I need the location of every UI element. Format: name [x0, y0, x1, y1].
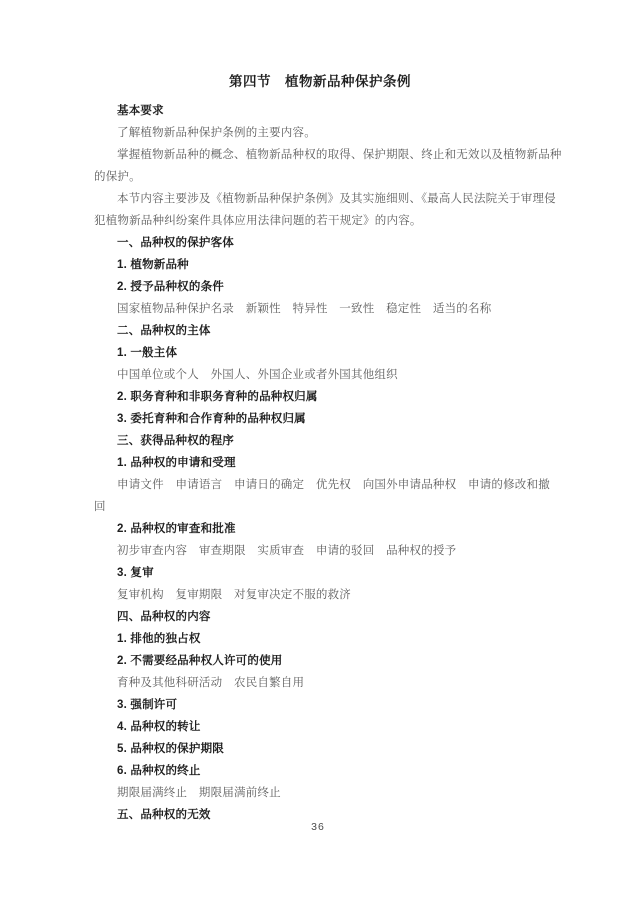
doc-line: 中国单位或个人 外国人、外国企业或者外国其他组织	[94, 364, 546, 386]
document-page: 第四节 植物新品种保护条例 基本要求了解植物新品种保护条例的主要内容。掌握植物新…	[0, 0, 636, 900]
doc-line: 4. 品种权的转让	[94, 716, 546, 738]
doc-line: 国家植物品种保护名录 新颖性 特异性 一致性 稳定性 适当的名称	[94, 298, 546, 320]
doc-line: 掌握植物新品种的概念、植物新品种权的取得、保护期限、终止和无效以及植物新品种	[94, 144, 546, 166]
doc-line: 的保护。	[94, 166, 546, 188]
doc-line: 犯植物新品种纠纷案件具体应用法律问题的若干规定》的内容。	[94, 210, 546, 232]
doc-line: 一、品种权的保护客体	[94, 232, 546, 254]
doc-line: 了解植物新品种保护条例的主要内容。	[94, 122, 546, 144]
doc-line: 6. 品种权的终止	[94, 760, 546, 782]
doc-line: 2. 授予品种权的条件	[94, 276, 546, 298]
doc-line: 1. 品种权的申请和受理	[94, 452, 546, 474]
doc-line: 二、品种权的主体	[94, 320, 546, 342]
doc-line: 三、获得品种权的程序	[94, 430, 546, 452]
doc-line: 3. 委托育种和合作育种的品种权归属	[94, 408, 546, 430]
doc-line: 2. 品种权的审查和批准	[94, 518, 546, 540]
doc-line: 3. 强制许可	[94, 694, 546, 716]
doc-line: 申请文件 申请语言 申请日的确定 优先权 向国外申请品种权 申请的修改和撤	[94, 474, 546, 496]
doc-line: 期限届满终止 期限届满前终止	[94, 782, 546, 804]
page-number: 36	[0, 821, 636, 833]
doc-line: 复审机构 复审期限 对复审决定不服的救济	[94, 584, 546, 606]
doc-line: 1. 植物新品种	[94, 254, 546, 276]
doc-line: 初步审查内容 审查期限 实质审查 申请的驳回 品种权的授予	[94, 540, 546, 562]
outline-lines: 基本要求了解植物新品种保护条例的主要内容。掌握植物新品种的概念、植物新品种权的取…	[94, 100, 546, 826]
doc-line: 5. 品种权的保护期限	[94, 738, 546, 760]
section-title: 第四节 植物新品种保护条例	[94, 71, 546, 93]
doc-line: 1. 一般主体	[94, 342, 546, 364]
doc-line: 基本要求	[94, 100, 546, 122]
document-content: 第四节 植物新品种保护条例 基本要求了解植物新品种保护条例的主要内容。掌握植物新…	[94, 71, 546, 826]
doc-line: 2. 不需要经品种权人许可的使用	[94, 650, 546, 672]
doc-line: 2. 职务育种和非职务育种的品种权归属	[94, 386, 546, 408]
doc-line: 育种及其他科研活动 农民自繁自用	[94, 672, 546, 694]
doc-line: 1. 排他的独占权	[94, 628, 546, 650]
doc-line: 四、品种权的内容	[94, 606, 546, 628]
doc-line: 本节内容主要涉及《植物新品种保护条例》及其实施细则、《最高人民法院关于审理侵	[94, 188, 546, 210]
doc-line: 回	[94, 496, 546, 518]
doc-line: 3. 复审	[94, 562, 546, 584]
